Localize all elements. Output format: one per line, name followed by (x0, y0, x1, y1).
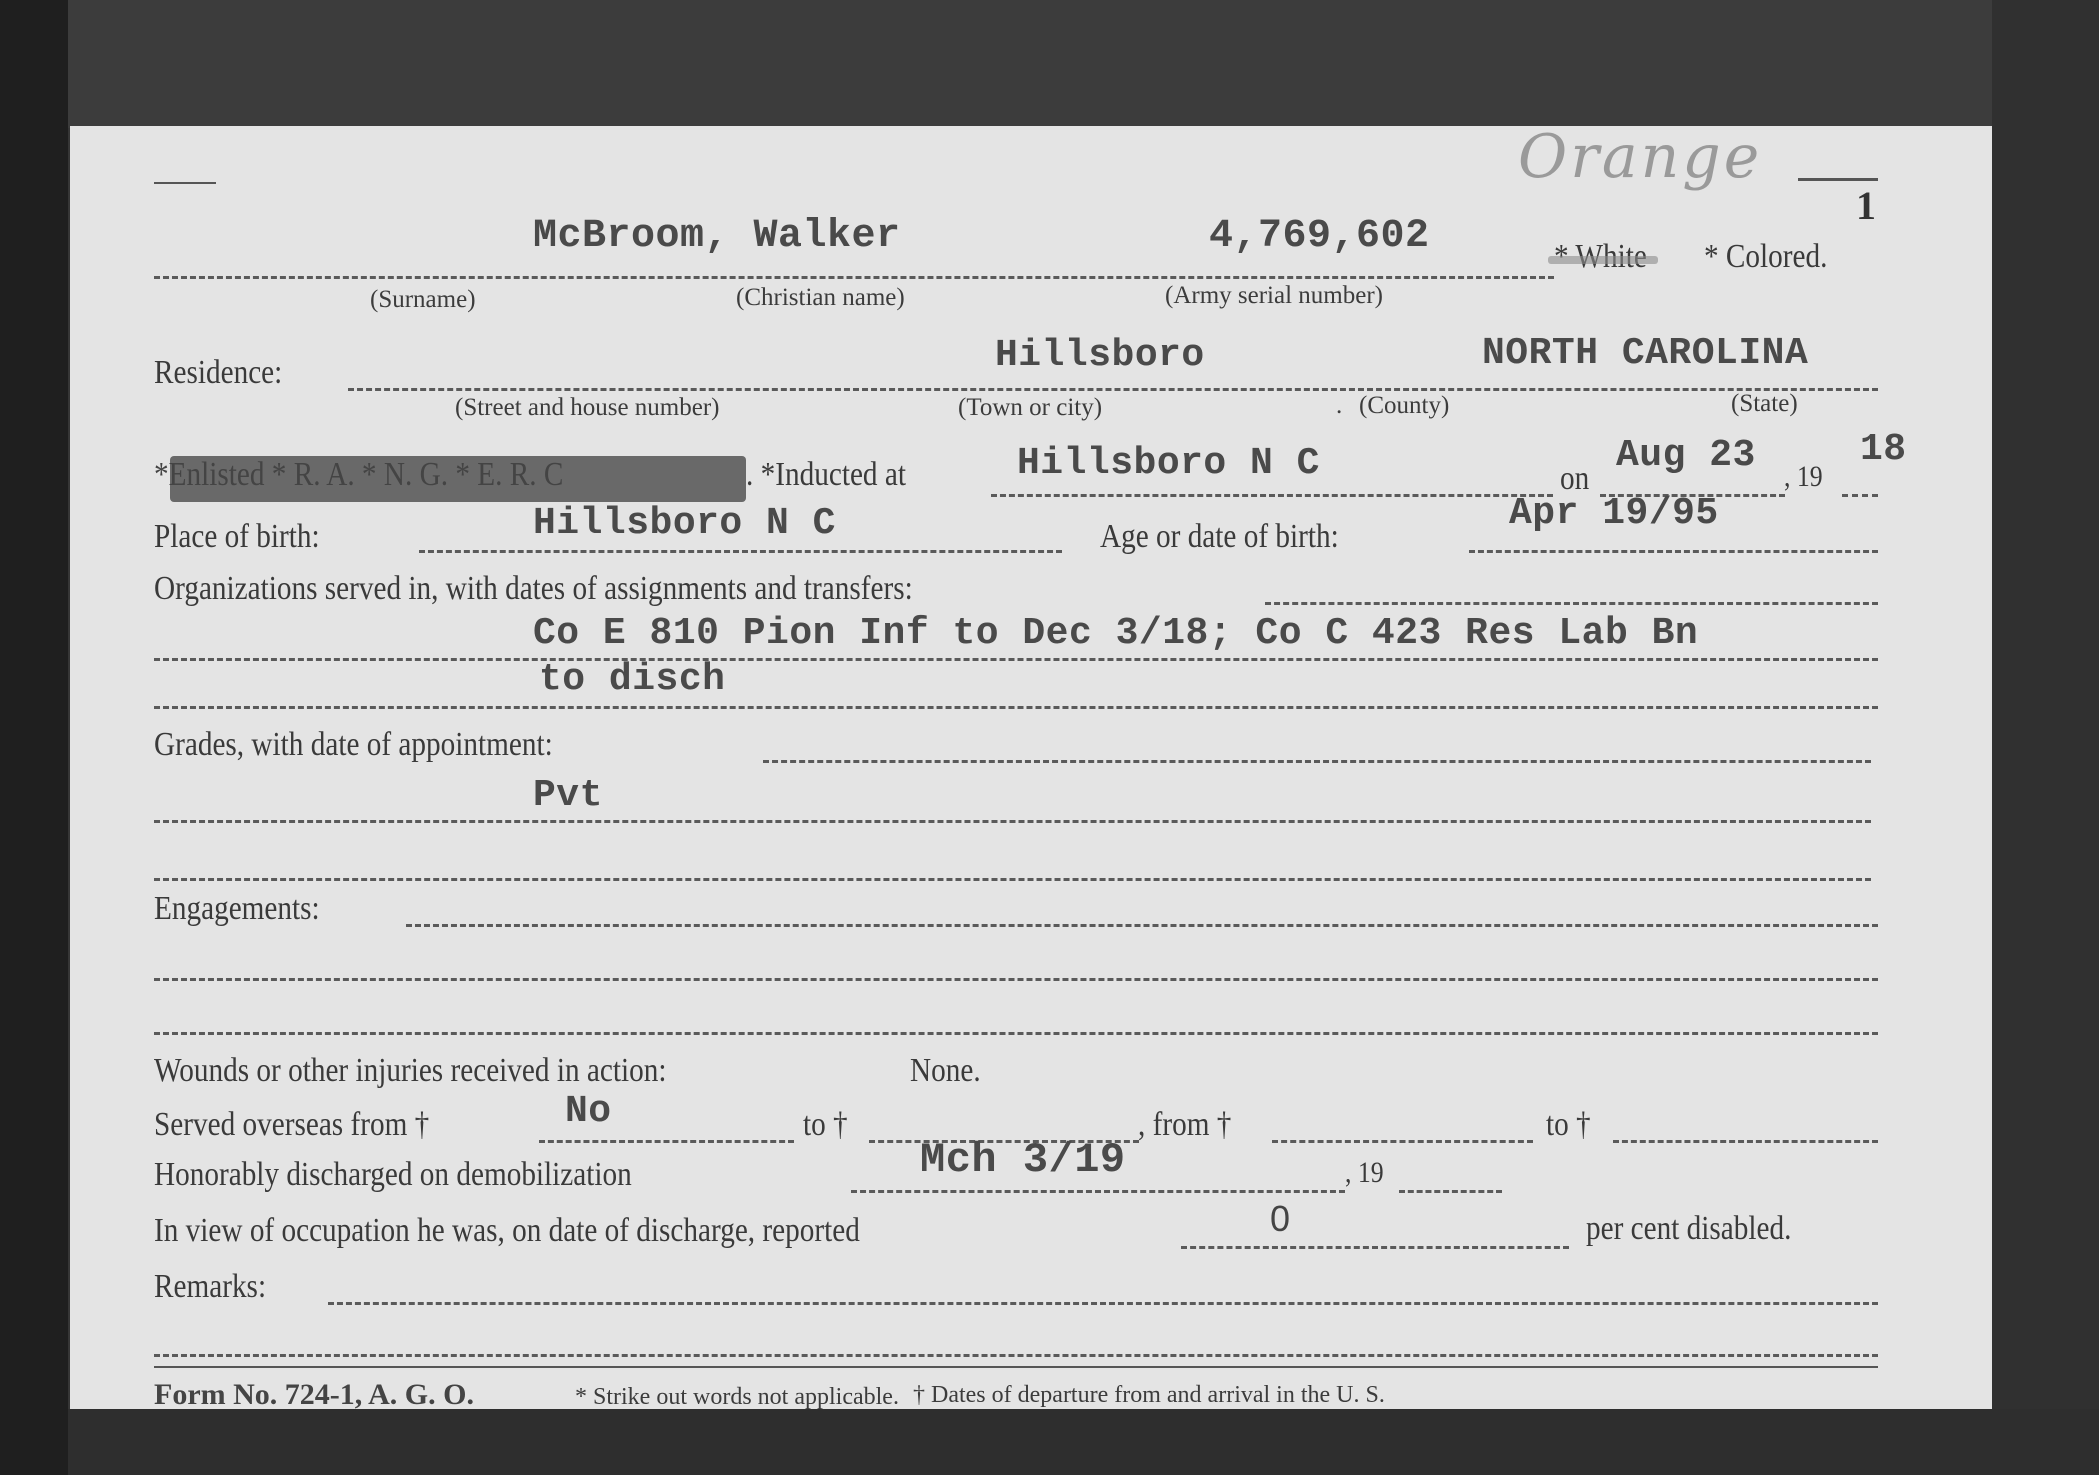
discharge-date-line (851, 1190, 1345, 1193)
organizations-entry-1: Co E 810 Pion Inf to Dec 3/18; Co C 423 … (533, 612, 1698, 655)
wounds-value: None. (910, 1052, 981, 1090)
county-handwritten: Orange (1518, 126, 1762, 192)
footnote-strike-out: * Strike out words not applicable. (575, 1384, 899, 1409)
overseas-from-line-1 (539, 1140, 794, 1143)
remarks-line-1 (328, 1302, 1878, 1305)
wounds-label: Wounds or other injuries received in act… (154, 1052, 666, 1090)
soldier-name: McBroom, Walker (533, 214, 901, 259)
remarks-line-2 (154, 1354, 1878, 1357)
footer-rule (154, 1366, 1878, 1368)
organizations-entry-2: to disch (539, 658, 725, 701)
footnote-dates: † Dates of departure from and arrival in… (913, 1382, 1385, 1409)
grades-line-2 (154, 878, 1871, 881)
disability-line (1181, 1246, 1569, 1249)
county-dot: . (1336, 392, 1342, 420)
inducted-year: 18 (1860, 428, 1907, 471)
place-of-birth-line (419, 550, 1062, 553)
page-number: 1 (1856, 182, 1876, 229)
town-sublabel: (Town or city) (958, 394, 1102, 422)
inducted-year-prefix: , 19 (1784, 460, 1823, 494)
overseas-from-line-2 (1272, 1140, 1533, 1143)
county-sublabel: (County) (1359, 392, 1449, 420)
grade-value: Pvt (533, 774, 603, 817)
organizations-label-line (1265, 602, 1878, 605)
scan-background-bottom (68, 1409, 2099, 1475)
race-white-strikeout (1548, 256, 1658, 264)
top-left-rule (154, 182, 216, 184)
grades-line-1 (154, 820, 1871, 823)
place-of-birth-label: Place of birth: (154, 518, 320, 556)
form-number: Form No. 724-1, A. G. O. (154, 1378, 474, 1409)
inducted-place-line (991, 494, 1553, 497)
service-record-card: Orange 1 McBroom, Walker 4,769,602 * Whi… (70, 126, 1992, 1409)
place-of-birth: Hillsboro N C (533, 502, 836, 545)
serial-number-label: (Army serial number) (1165, 282, 1383, 310)
residence-state: NORTH CAROLINA (1482, 332, 1808, 375)
name-line (154, 276, 1554, 279)
scan-background-left (0, 0, 68, 1475)
army-serial-number: 4,769,602 (1209, 214, 1430, 259)
discharge-year-line (1399, 1190, 1502, 1193)
engagements-label: Engagements: (154, 890, 320, 928)
disability-label: In view of occupation he was, on date of… (154, 1212, 860, 1250)
engagements-line-3 (154, 1032, 1878, 1035)
inducted-at-label: . *Inducted at (746, 456, 906, 494)
race-colored-option: * Colored. (1704, 238, 1827, 276)
discharge-label: Honorably discharged on demobilization (154, 1156, 632, 1194)
inducted-date: Aug 23 (1616, 434, 1756, 477)
organizations-line-1 (154, 658, 1878, 661)
christian-name-label: (Christian name) (736, 284, 905, 312)
date-of-birth: Apr 19/95 (1509, 492, 1719, 535)
overseas-from-label-2: , from † (1138, 1106, 1231, 1144)
engagements-line-1 (406, 924, 1878, 927)
organizations-line-2 (154, 706, 1878, 709)
state-sublabel: (State) (1731, 390, 1798, 418)
overseas-from-value: No (565, 1090, 612, 1133)
residence-line (348, 388, 1878, 391)
overseas-to-label-2: to † (1546, 1106, 1591, 1144)
discharge-year-prefix: , 19 (1345, 1156, 1384, 1190)
organizations-label: Organizations served in, with dates of a… (154, 570, 913, 608)
residence-town: Hillsboro (995, 334, 1205, 377)
remarks-label: Remarks: (154, 1268, 266, 1306)
street-sublabel: (Street and house number) (455, 394, 720, 422)
page-number-rule (1798, 178, 1878, 181)
overseas-to-line-2 (1613, 1140, 1878, 1143)
disability-percent: 0 (1270, 1198, 1290, 1240)
inducted-place: Hillsboro N C (1017, 442, 1320, 485)
residence-label: Residence: (154, 354, 282, 392)
discharge-date: Mch 3/19 (920, 1136, 1126, 1184)
date-of-birth-line (1469, 550, 1878, 553)
overseas-to-label-1: to † (803, 1106, 848, 1144)
date-of-birth-label: Age or date of birth: (1100, 518, 1339, 556)
inducted-year-line (1842, 494, 1878, 497)
grades-label: Grades, with date of appointment: (154, 726, 553, 764)
scan-background-right (1992, 0, 2099, 1475)
surname-label: (Surname) (370, 286, 476, 314)
enlisted-options-struck: *Enlisted * R. A. * N. G. * E. R. C (154, 456, 563, 494)
scan-background-top (0, 0, 2099, 128)
grades-label-line (763, 760, 1871, 763)
engagements-line-2 (154, 978, 1878, 981)
disability-suffix: per cent disabled. (1586, 1210, 1791, 1248)
served-overseas-label: Served overseas from † (154, 1106, 429, 1144)
